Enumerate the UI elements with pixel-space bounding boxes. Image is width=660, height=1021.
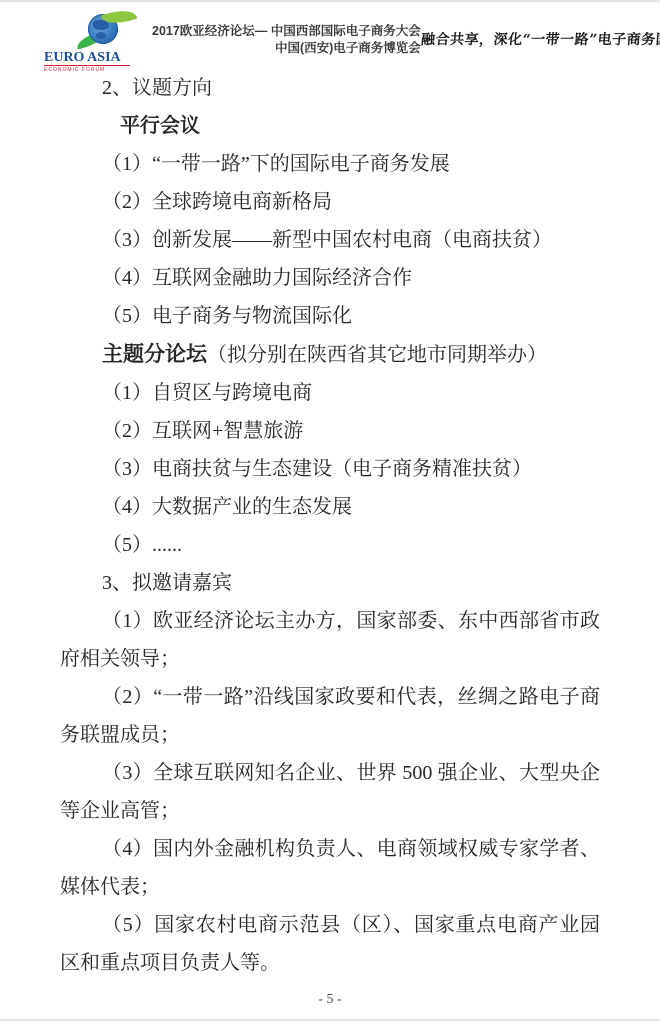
conference-title: 2017欧亚经济论坛— 中国西部国际电子商务大会 中国(西安)电子商务博览会 <box>152 23 421 57</box>
conference-title-line1: 2017欧亚经济论坛— 中国西部国际电子商务大会 <box>152 23 421 40</box>
subforum-item: （5）...... <box>60 526 600 564</box>
subforum-item: （2）互联网+智慧旅游 <box>60 412 600 450</box>
guest-item: （2）“一带一路”沿线国家政要和代表，丝绸之路电子商务联盟成员； <box>60 678 600 754</box>
header-slogan: 融合共享，深化“一带一路”电子商务国际合作 <box>420 30 660 50</box>
document-body: 2、议题方向 平行会议 （1）“一带一路”下的国际电子商务发展 （2）全球跨境电… <box>60 69 600 982</box>
subforum-heading: 主题分论坛（拟分别在陕西省其它地市同期举办） <box>60 335 600 374</box>
subforum-heading-rest: （拟分别在陕西省其它地市同期举办） <box>207 344 547 366</box>
subforum-item: （3）电商扶贫与生态建设（电子商务精准扶贫） <box>60 450 600 488</box>
subforum-heading-bold: 主题分论坛 <box>102 342 207 366</box>
section-2-title: 2、议题方向 <box>60 69 600 107</box>
parallel-item: （4）互联网金融助力国际经济合作 <box>60 259 600 297</box>
logo-main-text: EURO ASIA <box>44 51 140 65</box>
globe-landmass <box>96 32 106 39</box>
scan-edge-top <box>0 0 660 2</box>
parallel-sessions-heading: 平行会议 <box>60 107 600 145</box>
page-number: - 5 - <box>0 992 660 1008</box>
guest-item: （3）全球互联网知名企业、世界 500 强企业、大型央企等企业高管； <box>60 754 600 830</box>
parallel-item: （2）全球跨境电商新格局 <box>60 183 600 221</box>
guest-item: （5）国家农村电商示范县（区）、国家重点电商产业园区和重点项目负责人等。 <box>60 906 600 982</box>
page-header: EURO ASIA ECONOMIC FORUM 2017欧亚经济论坛— 中国西… <box>44 14 632 73</box>
guest-item: （4）国内外金融机构负责人、电商领域权威专家学者、媒体代表； <box>60 830 600 906</box>
subforum-item: （4）大数据产业的生态发展 <box>60 488 600 526</box>
conference-title-line2: 中国(西安)电子商务博览会 <box>152 40 421 57</box>
parallel-item: （3）创新发展——新型中国农村电商（电商扶贫） <box>60 221 600 259</box>
parallel-item: （5）电子商务与物流国际化 <box>60 297 600 335</box>
euro-asia-logo: EURO ASIA ECONOMIC FORUM <box>44 14 140 73</box>
globe-leaves-icon <box>80 14 132 48</box>
subforum-item: （1）自贸区与跨境电商 <box>60 374 600 412</box>
guest-item: （1）欧亚经济论坛主办方，国家部委、东中西部省市政府相关领导； <box>60 602 600 678</box>
section-3-title: 3、拟邀请嘉宾 <box>60 564 600 602</box>
parallel-item: （1）“一带一路”下的国际电子商务发展 <box>60 145 600 183</box>
document-page: EURO ASIA ECONOMIC FORUM 2017欧亚经济论坛— 中国西… <box>0 0 660 1021</box>
